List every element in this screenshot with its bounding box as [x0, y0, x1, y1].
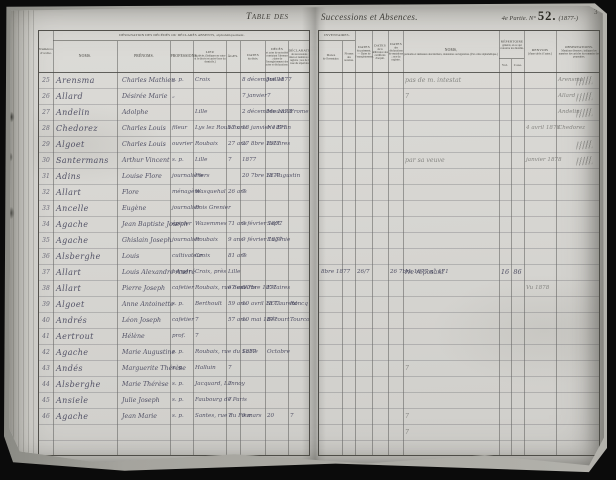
entry-n: 35: [39, 233, 53, 249]
header-note: du paiement. — Dates de l'enregistrement…: [355, 49, 372, 58]
header-label: NOMS.: [53, 54, 117, 58]
entry-prenoms: Louis: [117, 249, 175, 265]
entry-date: 8 7bre 1877: [240, 281, 267, 297]
header-label-text: Vol.: [499, 63, 511, 67]
header-note: de successions ; dates et numéros du reg…: [288, 53, 310, 65]
entry-enreg: Estaires: [265, 137, 290, 153]
entry-prenoms: Désirée Marie: [117, 89, 175, 105]
entry-prof: „: [170, 89, 195, 105]
entry-lieu: Croix, près Lille: [193, 265, 228, 281]
entry-heritiers: 7: [403, 409, 501, 425]
header-note: et actes de notoriété constatant l'absen…: [265, 51, 288, 66]
header-label-text: DATES: [388, 42, 403, 46]
entry-decl: Roncq: [288, 297, 310, 313]
table-row: [319, 201, 599, 217]
entry-date: 27 8bre 1877: [240, 137, 267, 153]
header-label: Numéros d'ordre.: [39, 47, 53, 55]
entry-prof: fileur: [170, 121, 195, 137]
entry-enreg: Ne Brun: [265, 121, 290, 137]
entry-prof: épicier: [170, 217, 195, 233]
entry-n: 31: [39, 169, 53, 185]
left-table: Numéros d'ordre.DÉSIGNATION DES DÉCÉDÉS …: [38, 30, 310, 456]
entry-age: 7: [226, 393, 242, 409]
header-note: de la délivrance des certificats d'acqui…: [372, 48, 388, 60]
header-label: DATESdu paiement. — Dates de l'enregistr…: [355, 45, 372, 59]
entry-lieu: Lille: [193, 105, 228, 121]
header-prof: PROFESSIONS.: [170, 41, 193, 73]
entry-date: 1877: [240, 153, 267, 169]
header-label-text: DATES: [355, 45, 372, 49]
header-label: DÉCLARATIONSde successions ; dates et nu…: [288, 48, 310, 65]
entry-enreg: Estaires: [265, 281, 290, 297]
entry-prof: s. p.: [170, 409, 195, 425]
header-date: DATESdu décès.: [240, 41, 265, 73]
header-label-text: PROFESSIONS.: [170, 54, 193, 58]
entry-n: 26: [39, 89, 53, 105]
entry-noms: Andés: [53, 361, 120, 377]
entry-lieu: Faubourg de Paris: [193, 393, 228, 409]
register-page: 22 — 3 Table des Successions et Absences…: [8, 5, 604, 470]
entry-renvois: Vu 1878: [524, 281, 558, 297]
entry-enreg: St Augustin: [265, 169, 290, 185]
entry-n: 32: [39, 185, 53, 201]
entry-noms: Allart: [53, 281, 120, 297]
header-label: RENVOIS(d'une table à l'autre.): [524, 48, 556, 56]
header-label: Datesde l'inventaire.: [319, 53, 342, 61]
entry-prof: s. p.: [170, 153, 195, 169]
entry-lieu: Roubaix, rue des Arts: [193, 281, 228, 297]
entry-inv_date: 8bre 1877: [319, 265, 344, 281]
hatch-mark: [576, 92, 593, 102]
entry-age: 7: [226, 377, 242, 393]
entry-n: 33: [39, 201, 53, 217]
entry-paiement: 26/7: [355, 265, 374, 281]
header-label-text: Numéros d'ordre.: [39, 47, 53, 55]
entry-lieu: Roubaix: [193, 137, 228, 153]
header-label: DÉCÈSet actes de notoriété constatant l'…: [265, 47, 288, 67]
table-row: [319, 233, 599, 249]
header-noms: NOMS.: [53, 41, 117, 73]
header-note: prénoms et demeures des héritiers, donat…: [403, 52, 499, 55]
entry-noms: Agache: [53, 345, 120, 361]
entry-prof: ménagère: [170, 185, 195, 201]
part-number-line: 4e Partie. N° 52. (1877-): [502, 9, 578, 24]
left-group-header: DÉSIGNATION DES DÉCÉDÉS OU DÉCLARÉS ABSE…: [53, 31, 310, 41]
entry-prof: cafetier: [170, 281, 195, 297]
entry-noms: Aertrout: [53, 329, 120, 345]
entry-n: 41: [39, 329, 53, 345]
entry-noms: Alsberghe: [53, 249, 120, 265]
entry-n: 30: [39, 153, 53, 169]
header-age: ÂGES.: [226, 41, 240, 73]
entry-prof: cafetier: [170, 313, 195, 329]
header-label-text: INVENTAIRES.: [319, 33, 355, 37]
header-note: du décès.: [240, 57, 265, 60]
entry-prenoms: Charles Louis: [117, 121, 175, 137]
header-label: DATESdu décès.: [240, 53, 265, 61]
header-label-text: ÂGES.: [226, 54, 240, 58]
header-label: DÉSIGNATION DES DÉCÉDÉS OU DÉCLARÉS ABSE…: [53, 33, 310, 37]
header-label-text: DÉCÈS: [265, 47, 288, 51]
entry-heritiers: 7: [403, 425, 501, 441]
entry-prof: journalier: [170, 233, 195, 249]
entry-noms: Agache: [53, 409, 120, 425]
entry-noms: Ansiele: [53, 393, 120, 409]
entry-lieu: Jacquard, Lannoy: [193, 377, 228, 393]
table-row: [319, 377, 599, 393]
entry-prenoms: Jean Baptiste Joseph: [117, 217, 175, 233]
header-label-text: NOMS.: [53, 54, 117, 58]
entry-lieu: Halluin: [193, 361, 228, 377]
entry-decl: Tourcoing: [288, 313, 310, 329]
entry-date: 18 janvier 1877: [240, 121, 267, 137]
header-label-text: Noms: [342, 51, 355, 55]
header-note: (d'une table à l'autre.): [524, 52, 556, 55]
entry-enreg: Eugénie: [265, 233, 290, 249]
hatch-mark: [576, 108, 593, 118]
entry-noms: Allart: [53, 185, 120, 201]
entry-prenoms: Marie Thérèse: [117, 377, 175, 393]
header-label-text: DÉSIGNATION DES DÉCÉDÉS OU DÉCLARÉS ABSE…: [53, 33, 310, 37]
entry-n: 40: [39, 313, 53, 329]
header-inv_not: Nomsdes notaires.: [342, 41, 355, 73]
header-case: Case.: [511, 59, 524, 73]
entry-noms: Andrés: [53, 313, 120, 329]
entry-n: 25: [39, 73, 53, 89]
entry-prenoms: Louis Alexandre André: [117, 265, 175, 281]
entry-n: 29: [39, 137, 53, 153]
header-vol: Vol.: [499, 59, 511, 73]
entry-prenoms: Louise Flore: [117, 169, 175, 185]
entry-date: 7: [240, 185, 267, 201]
entry-n: 46: [39, 409, 53, 425]
hatch-mark: [576, 76, 593, 86]
entry-date: 7: [240, 249, 267, 265]
entry-prof: s. p.: [170, 345, 195, 361]
header-certif: DATESde la délivrance des certificats d'…: [372, 31, 388, 73]
obs-hatch-cell: [556, 153, 600, 169]
header-enreg: DÉCÈSet actes de notoriété constatant l'…: [265, 41, 288, 73]
hatch-mark: [576, 140, 593, 150]
right-table: INVENTAIRES.Datesde l'inventaire.Nomsdes…: [318, 30, 600, 456]
entry-n: 44: [39, 377, 53, 393]
entry-prof: journalière: [170, 169, 195, 185]
entry-prenoms: Jean Marie: [117, 409, 175, 425]
obs-hatch-cell: [556, 89, 600, 105]
entry-prof: s. p.: [170, 393, 195, 409]
table-row: [319, 217, 599, 233]
entry-n: 36: [39, 249, 53, 265]
header-label-text: RENVOIS: [524, 48, 556, 52]
entry-heritiers: pas de m. intestat: [403, 73, 501, 89]
header-prenoms: PRÉNOMS.: [117, 41, 170, 73]
entry-enreg: Octobre: [265, 345, 290, 361]
table-row: [319, 441, 599, 456]
entry-prenoms: Julie Joseph: [117, 393, 175, 409]
entry-prenoms: Marguerite Thérèse: [117, 361, 175, 377]
entry-prenoms: Charles Louis: [117, 137, 175, 153]
entry-noms: Santermans: [53, 153, 120, 169]
entry-date: 2 décembre 1877: [240, 105, 267, 121]
entry-prenoms: Ghislain Joseph: [117, 233, 175, 249]
table-row: [319, 345, 599, 361]
table-row: [39, 441, 309, 456]
entry-lieu: Roubaix, rue du Sable: [193, 345, 228, 361]
header-label: DATESde la délivrance des certificats d'…: [372, 43, 388, 60]
entry-n: 37: [39, 265, 53, 281]
page-title-left: Table des: [246, 12, 289, 22]
entry-prenoms: Marie Augustine: [117, 345, 175, 361]
entry-prenoms: Arthur Vincent: [117, 153, 175, 169]
entry-enreg: Sept.: [265, 217, 290, 233]
entry-heritiers: par sa veuve: [403, 153, 501, 169]
entry-prenoms: Léon Joseph: [117, 313, 175, 329]
header-group-inventaires: INVENTAIRES.: [319, 31, 355, 41]
header-label: Nomsdes notaires.: [342, 51, 355, 62]
entry-lieu: Lys lez Roubaix: [193, 121, 228, 137]
entry-date: 9 mars: [240, 409, 267, 425]
entry-age: 7: [226, 361, 242, 377]
header-label: DATESdes déclarations de mutations ; nos…: [388, 42, 403, 62]
entry-enreg: St Laurent: [265, 297, 290, 313]
entry-n: 38: [39, 281, 53, 297]
entry-enreg: Bécourt: [265, 313, 290, 329]
table-number: 52.: [538, 9, 557, 24]
entry-lieu: Wasquehal: [193, 185, 228, 201]
entry-heritiers: 7: [403, 361, 501, 377]
year-label: (1877-): [559, 15, 579, 22]
hatch-mark: [576, 156, 593, 166]
entry-date: 10 avril 1877: [240, 297, 267, 313]
table-row: [39, 425, 309, 441]
header-note: des notaires.: [342, 56, 355, 62]
entry-date: 9 février 1877: [240, 217, 267, 233]
entry-lieu: Wazemmes: [193, 217, 228, 233]
entry-prenoms: Charles Mathieu: [117, 73, 175, 89]
table-row: [319, 393, 599, 409]
obs-hatch-cell: [556, 137, 600, 153]
header-lieu: LIEUdu décès. (Indiquer en outre si le d…: [193, 41, 226, 73]
header-note: des déclarations de mutations ; nos du r…: [388, 46, 403, 61]
header-obs: OBSERVATIONS.Mentions diverses ; indique…: [556, 31, 600, 73]
entry-date: 8 décembre 1877: [240, 73, 267, 89]
obs-hatch-cell: [556, 73, 600, 89]
table-row: [319, 297, 599, 313]
entry-lieu: Croix: [193, 73, 228, 89]
header-label-text: DÉCLARATIONS: [288, 48, 310, 52]
header-label: Vol.: [499, 63, 511, 67]
header-note: de l'inventaire.: [319, 57, 342, 60]
entry-prof: s. p.: [170, 297, 195, 313]
header-label-text: Dates: [319, 53, 342, 57]
entry-prof: s. p.: [170, 361, 195, 377]
header-label: NOMS,prénoms et demeures des héritiers, …: [403, 48, 499, 56]
entry-prof: prof.: [170, 329, 195, 345]
entry-noms: Ancelle: [53, 201, 120, 217]
header-paiement: DATESdu paiement. — Dates de l'enregistr…: [355, 31, 372, 73]
entry-prof: s. p.: [170, 377, 195, 393]
entry-noms: Arensma: [53, 73, 120, 89]
entry-case: 86: [511, 265, 524, 281]
entry-noms: Andelin: [53, 105, 120, 121]
entry-prenoms: Flore: [117, 185, 175, 201]
entry-renvois: 4 avril 1878: [524, 121, 558, 137]
entry-date: 7 janvier: [240, 89, 267, 105]
header-mutation: DATESdes déclarations de mutations ; nos…: [388, 31, 403, 73]
entry-heritiers: Ne reposant: [403, 265, 501, 281]
entry-vol: 16: [499, 265, 511, 281]
entry-renvois: janvier 1878: [524, 153, 558, 169]
entry-n: 27: [39, 105, 53, 121]
page-title-right: Successions et Absences.: [321, 12, 418, 22]
entry-prof: journalier: [170, 201, 195, 217]
entry-prenoms: Adolphe: [117, 105, 175, 121]
obs-hatch-cell: [556, 105, 600, 121]
entry-noms: Chedorez: [53, 121, 120, 137]
entry-obs: Chedorez: [556, 121, 600, 137]
entry-lieu: Santes, rue du Four: [193, 409, 228, 425]
table-row: [319, 329, 599, 345]
entry-date: 1877: [240, 345, 267, 361]
header-label-text: DATES: [372, 43, 388, 47]
entry-enreg: Juillet: [265, 73, 290, 89]
entry-lieu: Berthoult: [193, 297, 228, 313]
header-heritiers: NOMS,prénoms et demeures des héritiers, …: [403, 31, 499, 73]
entry-lieu: Flers: [193, 169, 228, 185]
book-edge-stack: [8, 5, 35, 470]
entry-noms: Agache: [53, 233, 120, 249]
entry-prof: berger: [170, 265, 195, 281]
table-row: [319, 185, 599, 201]
entry-decl: Fromentel: [288, 105, 310, 121]
entry-n: 43: [39, 361, 53, 377]
entry-noms: Alsberghe: [53, 377, 120, 393]
entry-lieu: Lille: [193, 153, 228, 169]
table-row: [319, 169, 599, 185]
header-note: Mentions diverses ; indiquer les numéros…: [556, 49, 600, 58]
entry-noms: Agache: [53, 217, 120, 233]
header-label-text: RÉPERTOIRE: [499, 39, 524, 43]
entry-lieu: Roubaix: [193, 233, 228, 249]
entry-prenoms: Hélène: [117, 329, 175, 345]
entry-n: 28: [39, 121, 53, 137]
header-label: Case.: [511, 63, 524, 67]
entry-date: 9 février 1877: [240, 233, 267, 249]
header-label: RÉPERTOIREgénéral, en ce qui concerne le…: [499, 39, 524, 50]
entry-prenoms: Pierre Joseph: [117, 281, 175, 297]
entry-noms: Allart: [53, 265, 120, 281]
header-label: PRÉNOMS.: [117, 54, 170, 58]
header-label: LIEUdu décès. (Indiquer en outre si le d…: [193, 50, 226, 64]
entry-noms: Algoet: [53, 297, 120, 313]
header-label-text: DATES: [240, 53, 265, 57]
header-label-text: LIEU: [193, 50, 226, 54]
entry-n: 42: [39, 345, 53, 361]
table-row: [319, 249, 599, 265]
header-num: Numéros d'ordre.: [39, 31, 53, 73]
entry-lieu: Croix: [193, 249, 228, 265]
entry-prof: cultivateur: [170, 249, 195, 265]
entry-prof: s. p.: [170, 73, 195, 89]
entry-prenoms: Eugène: [117, 201, 175, 217]
header-inv_date: Datesde l'inventaire.: [319, 41, 342, 73]
entry-date: 10 mai 1877: [240, 313, 267, 329]
header-label-text: NOMS,: [403, 48, 499, 52]
header-label: ÂGES.: [226, 54, 240, 58]
entry-noms: Allard: [53, 89, 120, 105]
header-note: du décès. (Indiquer en outre si le décès…: [193, 54, 226, 63]
photo-background: 22 — 3 Table des Successions et Absences…: [0, 0, 616, 480]
header-decl: DÉCLARATIONSde successions ; dates et nu…: [288, 41, 310, 73]
entry-n: 39: [39, 297, 53, 313]
entry-decl: 7: [288, 409, 310, 425]
entry-lieu: 7: [193, 313, 228, 329]
entry-n: 45: [39, 393, 53, 409]
table-row: [319, 313, 599, 329]
entry-prenoms: Anne Antoinette: [117, 297, 175, 313]
entry-noms: Algoet: [53, 137, 120, 153]
entry-enreg: 20: [265, 409, 290, 425]
entry-n: 34: [39, 217, 53, 233]
entry-heritiers: 7: [403, 89, 501, 105]
entry-noms: Adins: [53, 169, 120, 185]
header-label: INVENTAIRES.: [319, 33, 355, 37]
entry-prof: ouvrier: [170, 137, 195, 153]
header-label: OBSERVATIONS.Mentions diverses ; indique…: [556, 45, 600, 59]
entry-lieu: 7: [193, 329, 228, 345]
header-renvois: RENVOIS(d'une table à l'autre.): [524, 31, 556, 73]
entry-enreg: 7: [265, 89, 290, 105]
header-label-text: PRÉNOMS.: [117, 54, 170, 58]
header-label-text: Case.: [511, 63, 524, 67]
part-label: 4e Partie. N°: [502, 15, 536, 22]
entry-lieu: Bois Grenier: [193, 201, 228, 217]
header-label-text: OBSERVATIONS.: [556, 45, 600, 49]
header-label: PROFESSIONS.: [170, 54, 193, 58]
header-note: général, en ce qui concerne les décédés.: [499, 44, 524, 50]
entry-date: 20 7bre 1877: [240, 169, 267, 185]
entry-enreg: Mouvaux: [265, 105, 290, 121]
header-group-repertoire: RÉPERTOIREgénéral, en ce qui concerne le…: [499, 31, 524, 59]
